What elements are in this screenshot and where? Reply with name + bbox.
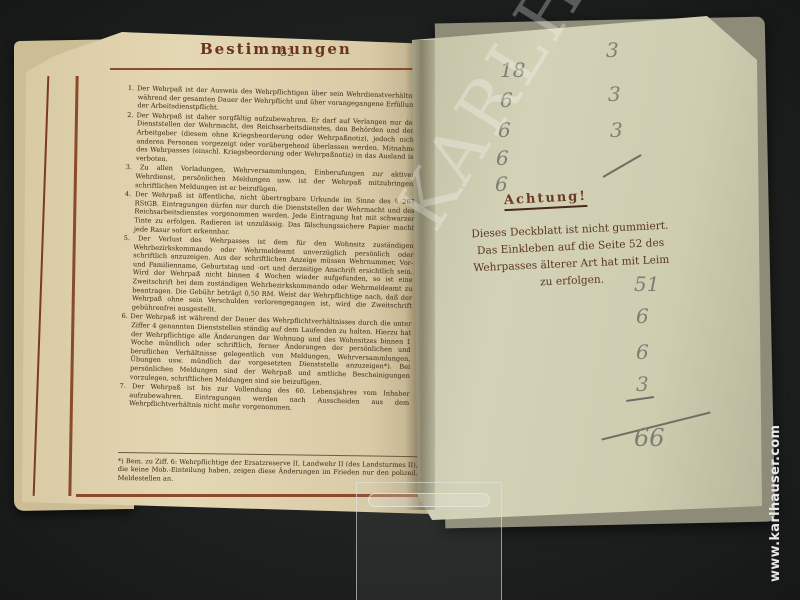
border-rule (110, 68, 428, 70)
credit-text: www.karlhauser.com (768, 425, 783, 582)
rule-item: 2. Der Wehrpaß ist daher sorgfältig aufz… (126, 111, 417, 171)
page-title: Bestimmungen (200, 40, 352, 58)
border-rule (33, 76, 50, 496)
pencil-number: 3 (608, 82, 621, 106)
pencil-number: 6 (636, 304, 649, 328)
rule-item: 6. Der Wehrpaß ist während der Dauer des… (120, 312, 412, 389)
spine-shadow (405, 40, 435, 510)
pencil-total: 66 (634, 424, 665, 452)
rule-item: 5. Der Verlust des Wehrpasses ist dem fü… (122, 234, 414, 319)
notice-body: Dieses Deckblatt ist nicht gummiert. Das… (445, 217, 698, 296)
rule-item: 4. Der Wehrpaß ist öffentliche, nicht üb… (124, 190, 415, 241)
photo: 52 Bestimmungen 1. Der Wehrpaß ist der A… (0, 0, 800, 600)
pencil-number: 6 (636, 340, 649, 364)
pencil-number: 51 (634, 272, 659, 296)
pencil-number: 3 (610, 118, 623, 142)
border-rule (68, 76, 78, 496)
pencil-number: 3 (636, 372, 649, 396)
pencil-number: 3 (606, 38, 619, 62)
rules-list: 1. Der Wehrpaß ist der Ausweis des Wehrp… (119, 84, 418, 417)
acrylic-clip-slot (368, 493, 490, 507)
